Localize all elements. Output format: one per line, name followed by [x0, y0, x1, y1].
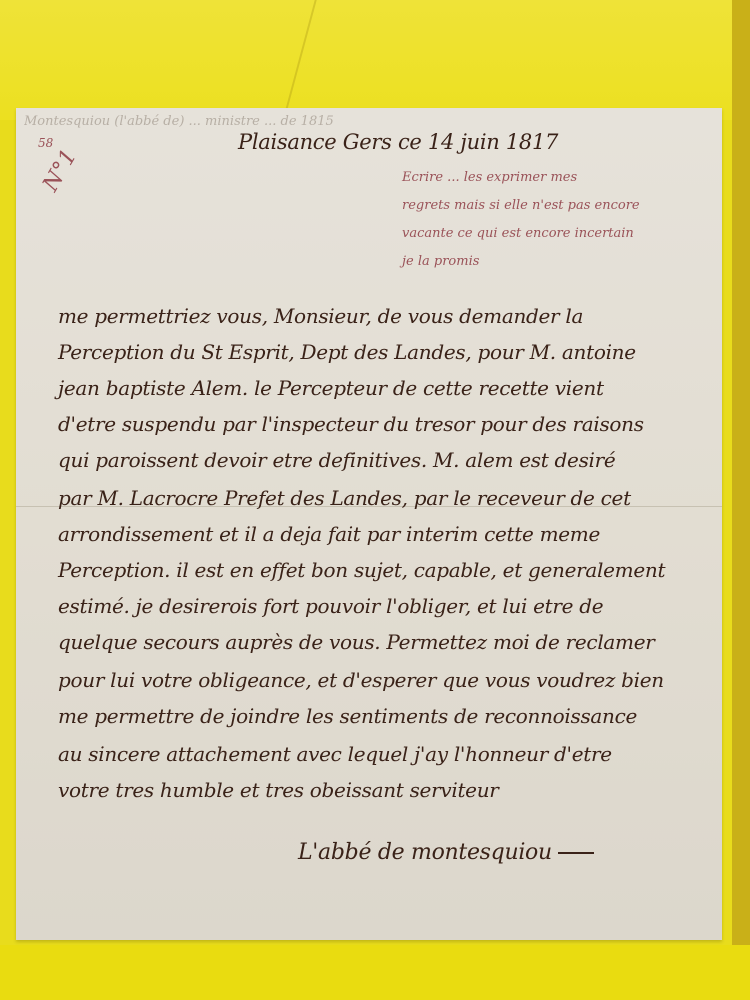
background-bottom [0, 945, 750, 1000]
body-line: par M. Lacrocre Prefet des Landes, par l… [58, 486, 631, 510]
background-edge [732, 0, 750, 1000]
body-line: arrondissement et il a deja fait par int… [58, 522, 600, 546]
folio-prefix: 58 [38, 136, 53, 150]
body-line: Perception. il est en effet bon sujet, c… [58, 558, 665, 582]
signature-text: L'abbé de montesquiou [298, 840, 552, 865]
body-line: votre tres humble et tres obeissant serv… [58, 778, 499, 802]
signature: L'abbé de montesquiou [298, 840, 594, 865]
body-line: me permettriez vous, Monsieur, de vous d… [58, 304, 583, 328]
body-line: au sincere attachement avec lequel j'ay … [58, 742, 612, 766]
body-line: jean baptiste Alem. le Percepteur de cet… [58, 376, 604, 400]
body-line: d'etre suspendu par l'inspecteur du tres… [58, 412, 644, 436]
body-line: quelque secours auprès de vous. Permette… [58, 630, 655, 654]
signature-flourish [558, 852, 594, 854]
body-line: estimé. je desirerois fort pouvoir l'obl… [58, 594, 603, 618]
margin-note-line: je la promis [402, 254, 479, 269]
letter-sheet: Montesquiou (l'abbé de) ... ministre ...… [16, 108, 722, 940]
folio-mark: N°1 [38, 145, 82, 196]
body-line: me permettre de joindre les sentiments d… [58, 704, 637, 728]
body-line: qui paroissent devoir etre definitives. … [58, 448, 615, 472]
place-date: Plaisance Gers ce 14 juin 1817 [238, 130, 558, 154]
body-line: pour lui votre obligeance, et d'esperer … [58, 668, 664, 692]
margin-note-line: Ecrire ... les exprimer mes [402, 170, 577, 185]
margin-note-line: vacante ce qui est encore incertain [402, 226, 634, 241]
body-line: Perception du St Esprit, Dept des Landes… [58, 340, 636, 364]
pencil-archive-note: Montesquiou (l'abbé de) ... ministre ...… [24, 114, 714, 129]
margin-note-line: regrets mais si elle n'est pas encore [402, 198, 640, 213]
